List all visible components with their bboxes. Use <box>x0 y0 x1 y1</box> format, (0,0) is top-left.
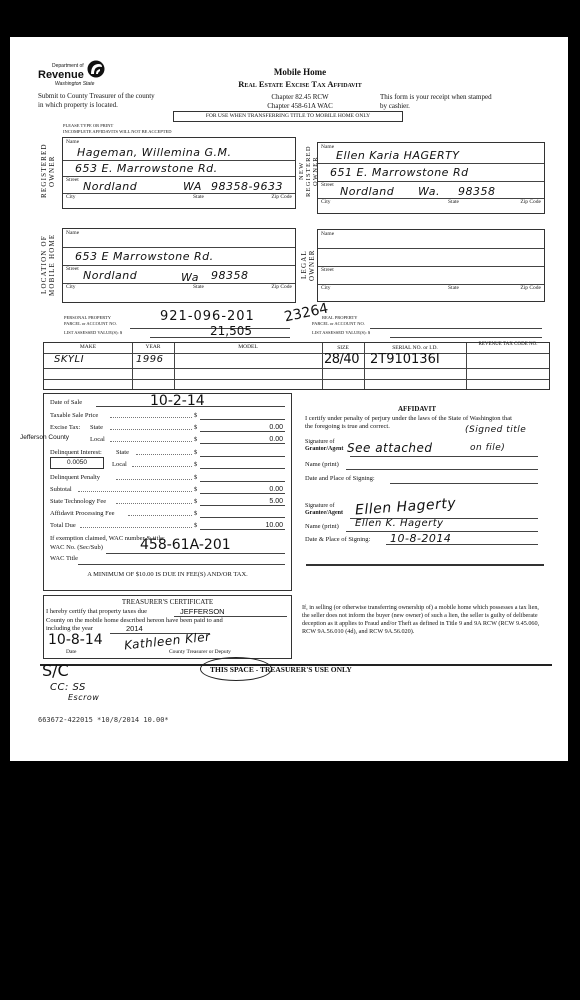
subtotal[interactable]: 0.00 <box>269 486 283 493</box>
instruction-1: PLEASE TYPE OR PRINT <box>63 123 113 128</box>
treasurer-county[interactable]: JEFFERSON <box>180 607 225 616</box>
registered-owner-zip[interactable]: 98358-9633 <box>211 180 283 193</box>
location-city[interactable]: Nordland <box>83 269 137 282</box>
year-value[interactable]: 1996 <box>136 354 163 365</box>
registered-owner-state[interactable]: WA <box>183 180 202 193</box>
tax-calculation-box: Date of Sale 10-2-14 Taxable Sale Price … <box>43 393 292 591</box>
location-street[interactable]: 653 E Marrowstone Rd. <box>75 250 214 263</box>
col-revenue-tax-code: REVENUE TAX CODE NO. <box>469 342 547 348</box>
affidavit-title: AFFIDAVIT <box>297 405 537 413</box>
receipt-note-2: by cashier. <box>380 102 410 110</box>
instruction-2: INCOMPLETE AFFIDAVITS WILL NOT BE ACCEPT… <box>63 129 171 134</box>
excise-tax-local[interactable]: 0.00 <box>269 436 283 443</box>
personal-property-account[interactable]: 921-096-201 <box>160 309 255 324</box>
legal-owner-box: Name Street City State Zip Code <box>317 229 545 302</box>
date-of-sale[interactable]: 10-2-14 <box>150 393 205 409</box>
grantee-date[interactable]: 10-8-2014 <box>390 532 451 545</box>
treasurer-certificate-box: TREASURER'S CERTIFICATE I hereby certify… <box>43 595 292 659</box>
form-title-2: Real Estate Excise Tax Affidavit <box>180 79 420 89</box>
affidavit-page: Department of Revenue Washington State M… <box>10 37 568 761</box>
serial-value[interactable]: 2T910136I <box>370 352 440 367</box>
mobile-home-table: MAKE YEAR MODEL SIZE SERIAL NO. or I.D. … <box>43 342 550 390</box>
new-owner-city[interactable]: Nordland <box>340 185 394 198</box>
new-registered-owner-box: Name Ellen Karia HAGERTY 651 E. Marrowst… <box>317 142 545 214</box>
cc-annotation: CC: SS <box>50 682 86 693</box>
registered-owner-label: REGISTERED OWNER <box>40 139 56 203</box>
registered-owner-city[interactable]: Nordland <box>83 180 137 193</box>
minimum-due-note: A MINIMUM OF $10.00 IS DUE IN FEE(S) AND… <box>44 571 291 578</box>
excise-tax-state[interactable]: 0.00 <box>269 424 283 431</box>
location-zip[interactable]: 98358 <box>211 269 249 282</box>
interest-rate-box[interactable]: 0.0050 <box>50 457 104 469</box>
personal-property-assessed-value[interactable]: 21,505 <box>210 324 252 338</box>
new-owner-street[interactable]: 651 E. Marrowstone Rd <box>330 166 469 179</box>
grantor-note-2: on file) <box>470 443 505 453</box>
new-owner-zip[interactable]: 98358 <box>458 185 496 198</box>
col-year: YEAR <box>132 344 174 350</box>
new-owner-state[interactable]: Wa. <box>418 185 440 198</box>
wac-number[interactable]: 458-61A-201 <box>140 537 231 553</box>
county-name: Jefferson County <box>20 434 69 441</box>
total-due[interactable]: 10.00 <box>265 522 283 529</box>
col-size: SIZE <box>322 345 364 351</box>
form-title-1: Mobile Home <box>210 67 390 77</box>
chapter-rcw: Chapter 82.45 RCW <box>210 93 390 101</box>
grantee-name[interactable]: Ellen K. Hagerty <box>355 518 444 529</box>
escrow-annotation: Escrow <box>68 693 99 702</box>
grantor-note-1: (Signed title <box>465 425 526 435</box>
legal-owner-label: LEGAL OWNER <box>300 235 316 295</box>
treasurer-date[interactable]: 10-8-14 <box>48 632 103 648</box>
receipt-note-1: This form is your receipt when stamped <box>380 93 492 101</box>
submit-note-1: Submit to County Treasurer of the county <box>38 92 155 100</box>
tax-lien-notice: If, in selling (or otherwise transferrin… <box>302 604 540 636</box>
col-model: MODEL <box>174 344 322 350</box>
registered-owner-box: Name Hageman, Willemina G.M. 653 E. Marr… <box>62 137 296 209</box>
submit-note-2: in which property is located. <box>38 101 118 109</box>
grantee-signature[interactable]: Ellen Hagerty <box>355 495 457 518</box>
make-value[interactable]: SKYLI <box>54 354 84 365</box>
state-technology-fee[interactable]: 5.00 <box>269 498 283 505</box>
col-serial: SERIAL NO. or I.D. <box>364 345 466 351</box>
registered-owner-street[interactable]: 653 E. Marrowstone Rd. <box>75 162 218 175</box>
new-registered-owner-label: NEW REGISTERED OWNER <box>298 139 319 203</box>
registered-owner-name[interactable]: Hageman, Willemina G.M. <box>77 146 231 159</box>
new-owner-name[interactable]: Ellen Karia HAGERTY <box>336 149 460 162</box>
dor-logo-icon <box>87 60 105 78</box>
dor-logo: Department of Revenue Washington State <box>38 61 118 91</box>
grantor-signature[interactable]: See attached <box>347 441 433 455</box>
initials-annotation: S/C <box>42 661 69 680</box>
receipt-stamp: 663672-422015 *10/8/2014 10.00* <box>38 716 169 724</box>
location-label: LOCATION OF MOBILE HOME <box>40 230 56 300</box>
signature-loop <box>200 657 272 681</box>
size-value[interactable]: 28/40 <box>324 352 359 367</box>
chapter-wac: Chapter 458-61A WAC <box>210 102 390 110</box>
location-box: Name 653 E Marrowstone Rd. Street Nordla… <box>62 228 296 303</box>
col-make: MAKE <box>44 344 132 350</box>
use-banner: FOR USE WHEN TRANSFERRING TITLE TO MOBIL… <box>173 111 403 122</box>
tax-paid-year[interactable]: 2014 <box>126 624 143 633</box>
